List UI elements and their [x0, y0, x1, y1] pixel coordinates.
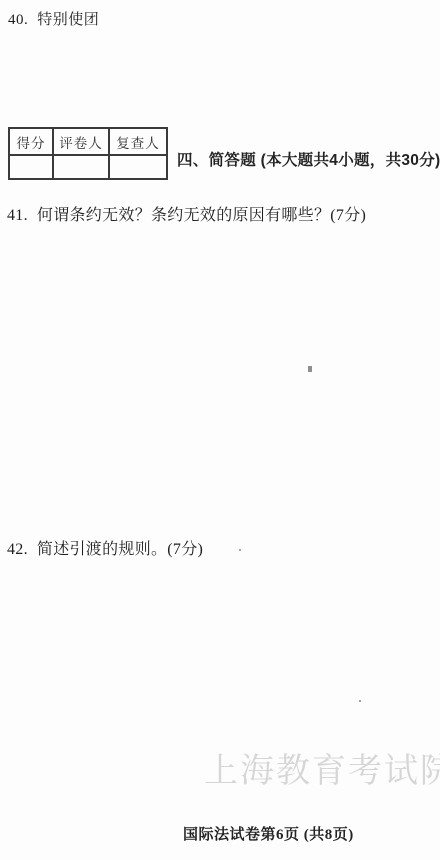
reviewer-empty-cell	[109, 155, 167, 179]
scan-speck	[239, 549, 241, 551]
score-table: 得分 评卷人 复查人	[8, 127, 168, 180]
score-empty-cell	[9, 155, 53, 179]
score-table-empty-row	[9, 155, 167, 179]
exam-paper-page: 40.特别使团 得分 评卷人 复查人 四、简答题 (本大题共4小题，共30分) …	[0, 0, 440, 860]
score-header-cell: 得分	[9, 128, 53, 155]
reviewer-header-cell: 复查人	[109, 128, 167, 155]
definition-item-40: 40.特别使团	[8, 8, 99, 29]
question-number: 41.	[7, 207, 28, 225]
watermark-text: 上海教育考试院	[204, 743, 440, 792]
question-41: 41.何谓条约无效？条约无效的原因有哪些？(7分)	[7, 202, 366, 225]
question-number: 42.	[7, 541, 28, 559]
question-text: 简述引渡的规则。(7分)	[37, 541, 203, 558]
question-42: 42.简述引渡的规则。(7分)	[7, 536, 203, 559]
grader-header-cell: 评卷人	[53, 128, 109, 155]
question-text: 特别使团	[37, 12, 99, 28]
section-heading: 四、简答题 (本大题共4小题，共30分)	[177, 148, 440, 170]
question-text: 何谓条约无效？条约无效的原因有哪些？(7分)	[37, 207, 366, 224]
grader-empty-cell	[53, 155, 109, 179]
question-number: 40.	[8, 12, 28, 29]
scan-speck	[359, 700, 361, 702]
scan-speck	[308, 366, 312, 372]
score-table-header-row: 得分 评卷人 复查人	[9, 128, 167, 155]
footer-page-label: 国际法试卷第6页 (共8页)	[183, 823, 354, 844]
